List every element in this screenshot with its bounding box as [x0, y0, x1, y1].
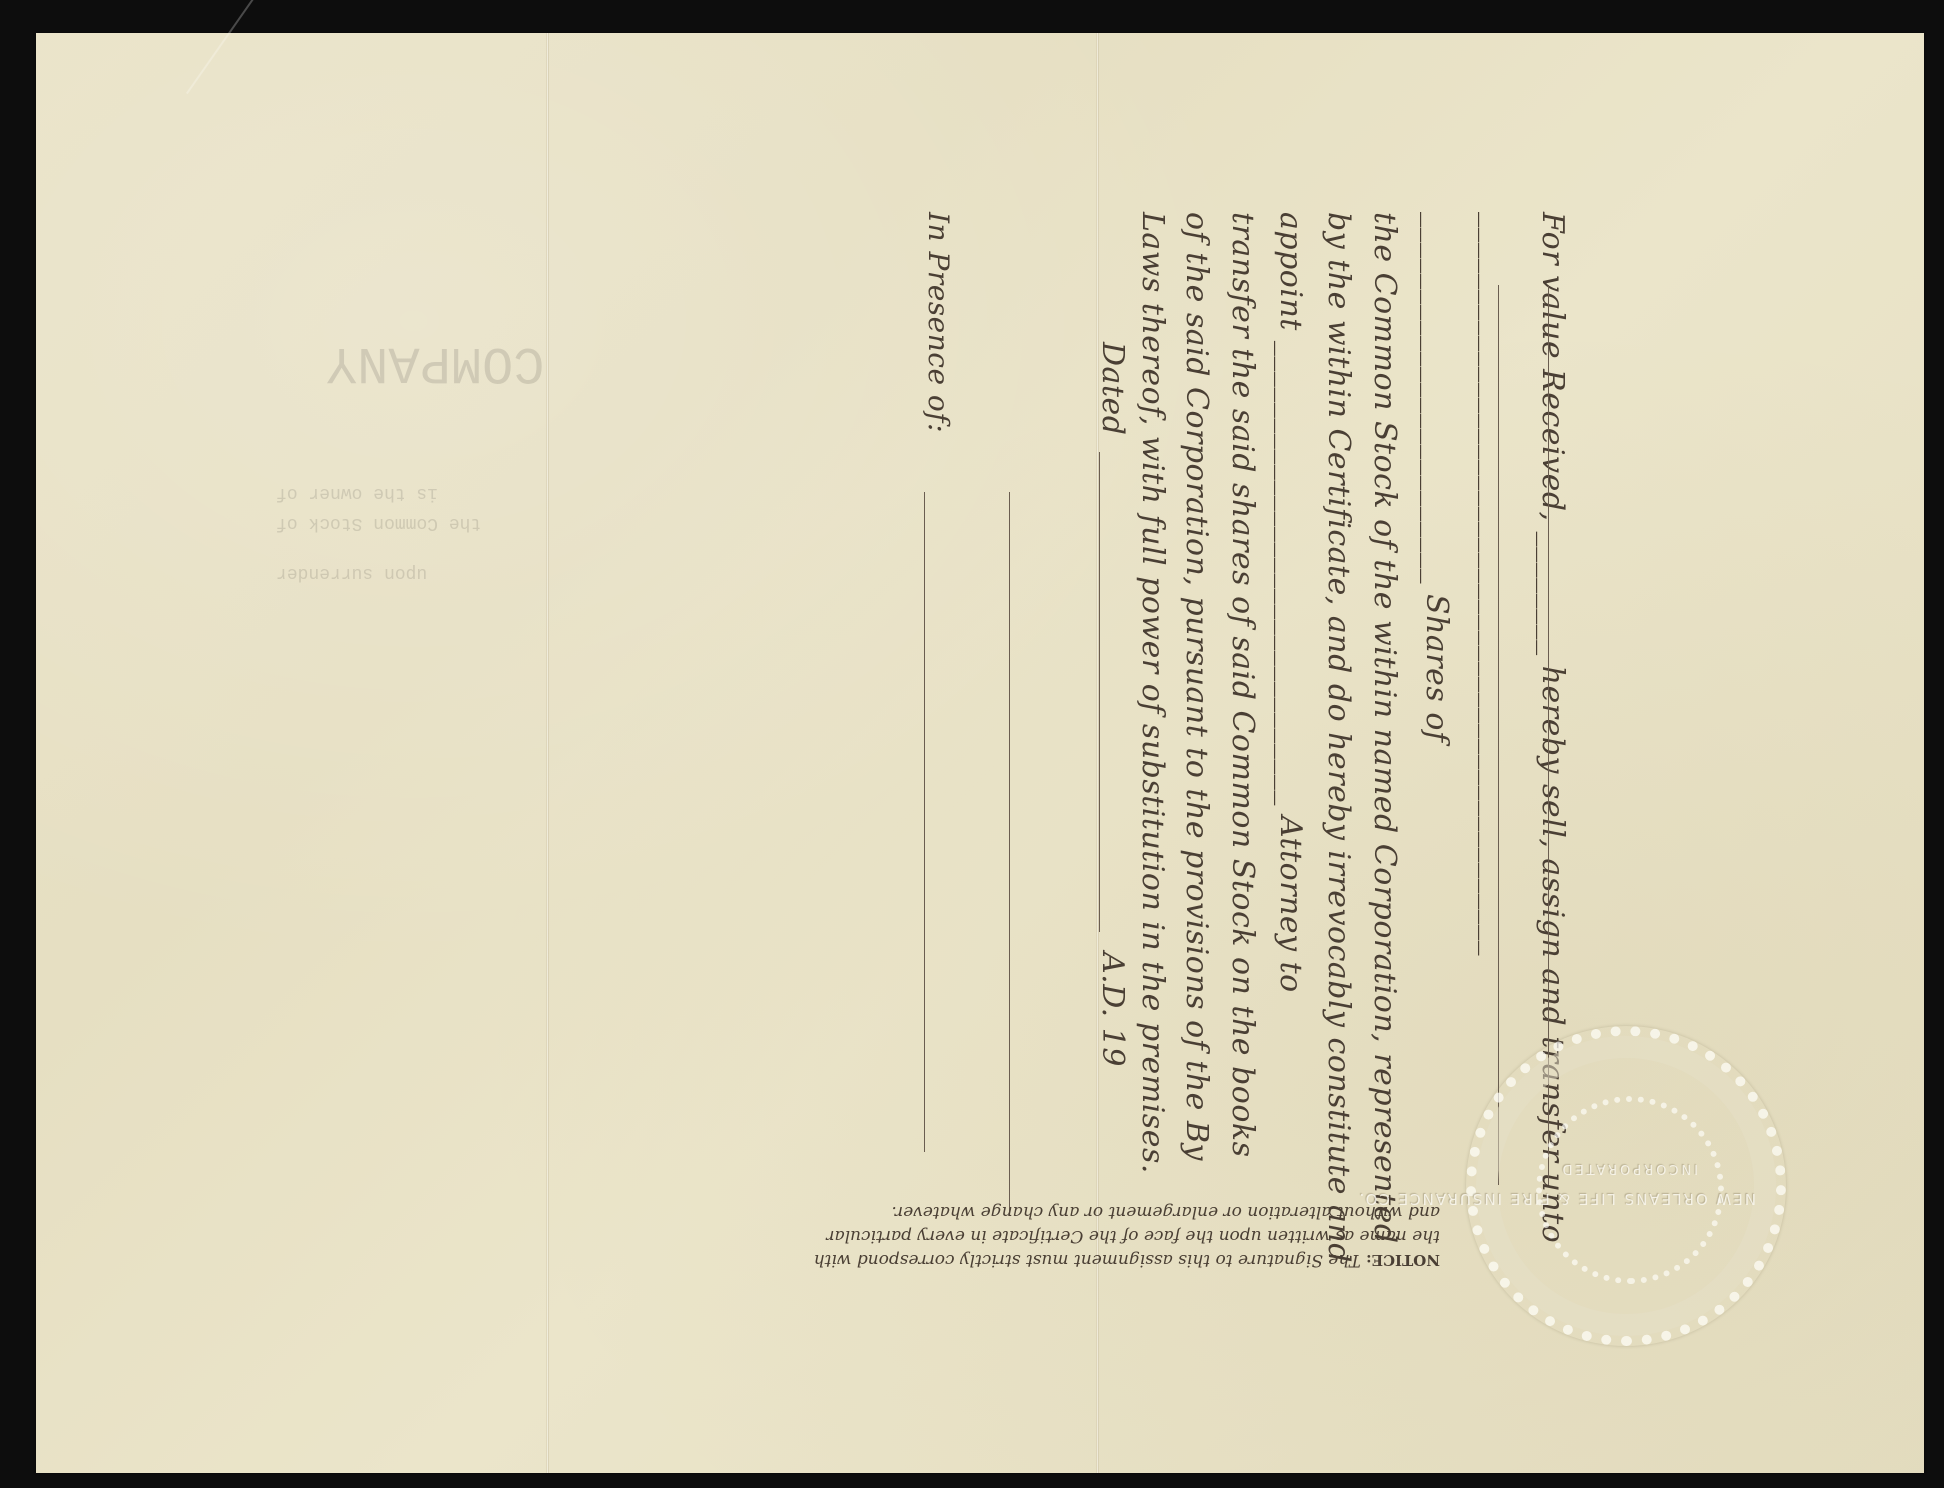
notice-label: NOTICE: — [1366, 1251, 1440, 1269]
seal-outer-text: NEW ORLEANS LIFE & FIRE INSURANCE CO. — [1357, 1190, 1756, 1208]
notice-text: The Signature to this assignment must st… — [814, 1202, 1440, 1270]
dated-label: Dated — [1095, 342, 1130, 435]
assignment-line: appoint ______________________________ A… — [1273, 212, 1308, 993]
fold-line-left — [546, 33, 549, 1473]
in-presence-label: In Presence of: — [922, 212, 955, 433]
assignment-line: transfer the said shares of said Common … — [1225, 212, 1260, 1157]
blank-line-shares — [1498, 285, 1499, 1185]
assignment-line: of the said Corporation, pursuant to the… — [1179, 212, 1214, 1161]
assignment-line: the Common Stock of the within named Cor… — [1367, 212, 1402, 1244]
assignment-form: For value Received, ________ hereby sell… — [1098, 212, 1578, 1152]
assignment-line: ________________________ Shares of — [1419, 212, 1454, 743]
show-through-header: COMPANY — [326, 333, 544, 392]
assignment-line: Laws thereof, with full power of substit… — [1135, 212, 1170, 1174]
signature-line — [1009, 492, 1010, 1212]
signature-notice: NOTICE: The Signature to this assignment… — [800, 1200, 1440, 1272]
signature-block: Dated A.D. 19 In Presence of: — [890, 212, 1130, 1112]
show-through-line: upon surrender — [276, 563, 427, 583]
paper-crease — [186, 0, 360, 94]
witness-line — [924, 492, 925, 1152]
seal-inner-text: INCORPORATED — [1559, 1161, 1698, 1176]
ad-label: A.D. 19 — [1095, 952, 1130, 1067]
embossed-seal: NEW ORLEANS LIFE & FIRE INSURANCE CO. IN… — [1466, 1026, 1786, 1346]
show-through-line: the Common Stock of — [276, 513, 481, 533]
show-through-line: is the owner of — [276, 483, 438, 503]
assignment-line: ________________________________________… — [1477, 212, 1512, 956]
date-signature-line — [1099, 452, 1100, 932]
assignment-line: by the within Certificate, and do hereby… — [1321, 212, 1356, 1263]
